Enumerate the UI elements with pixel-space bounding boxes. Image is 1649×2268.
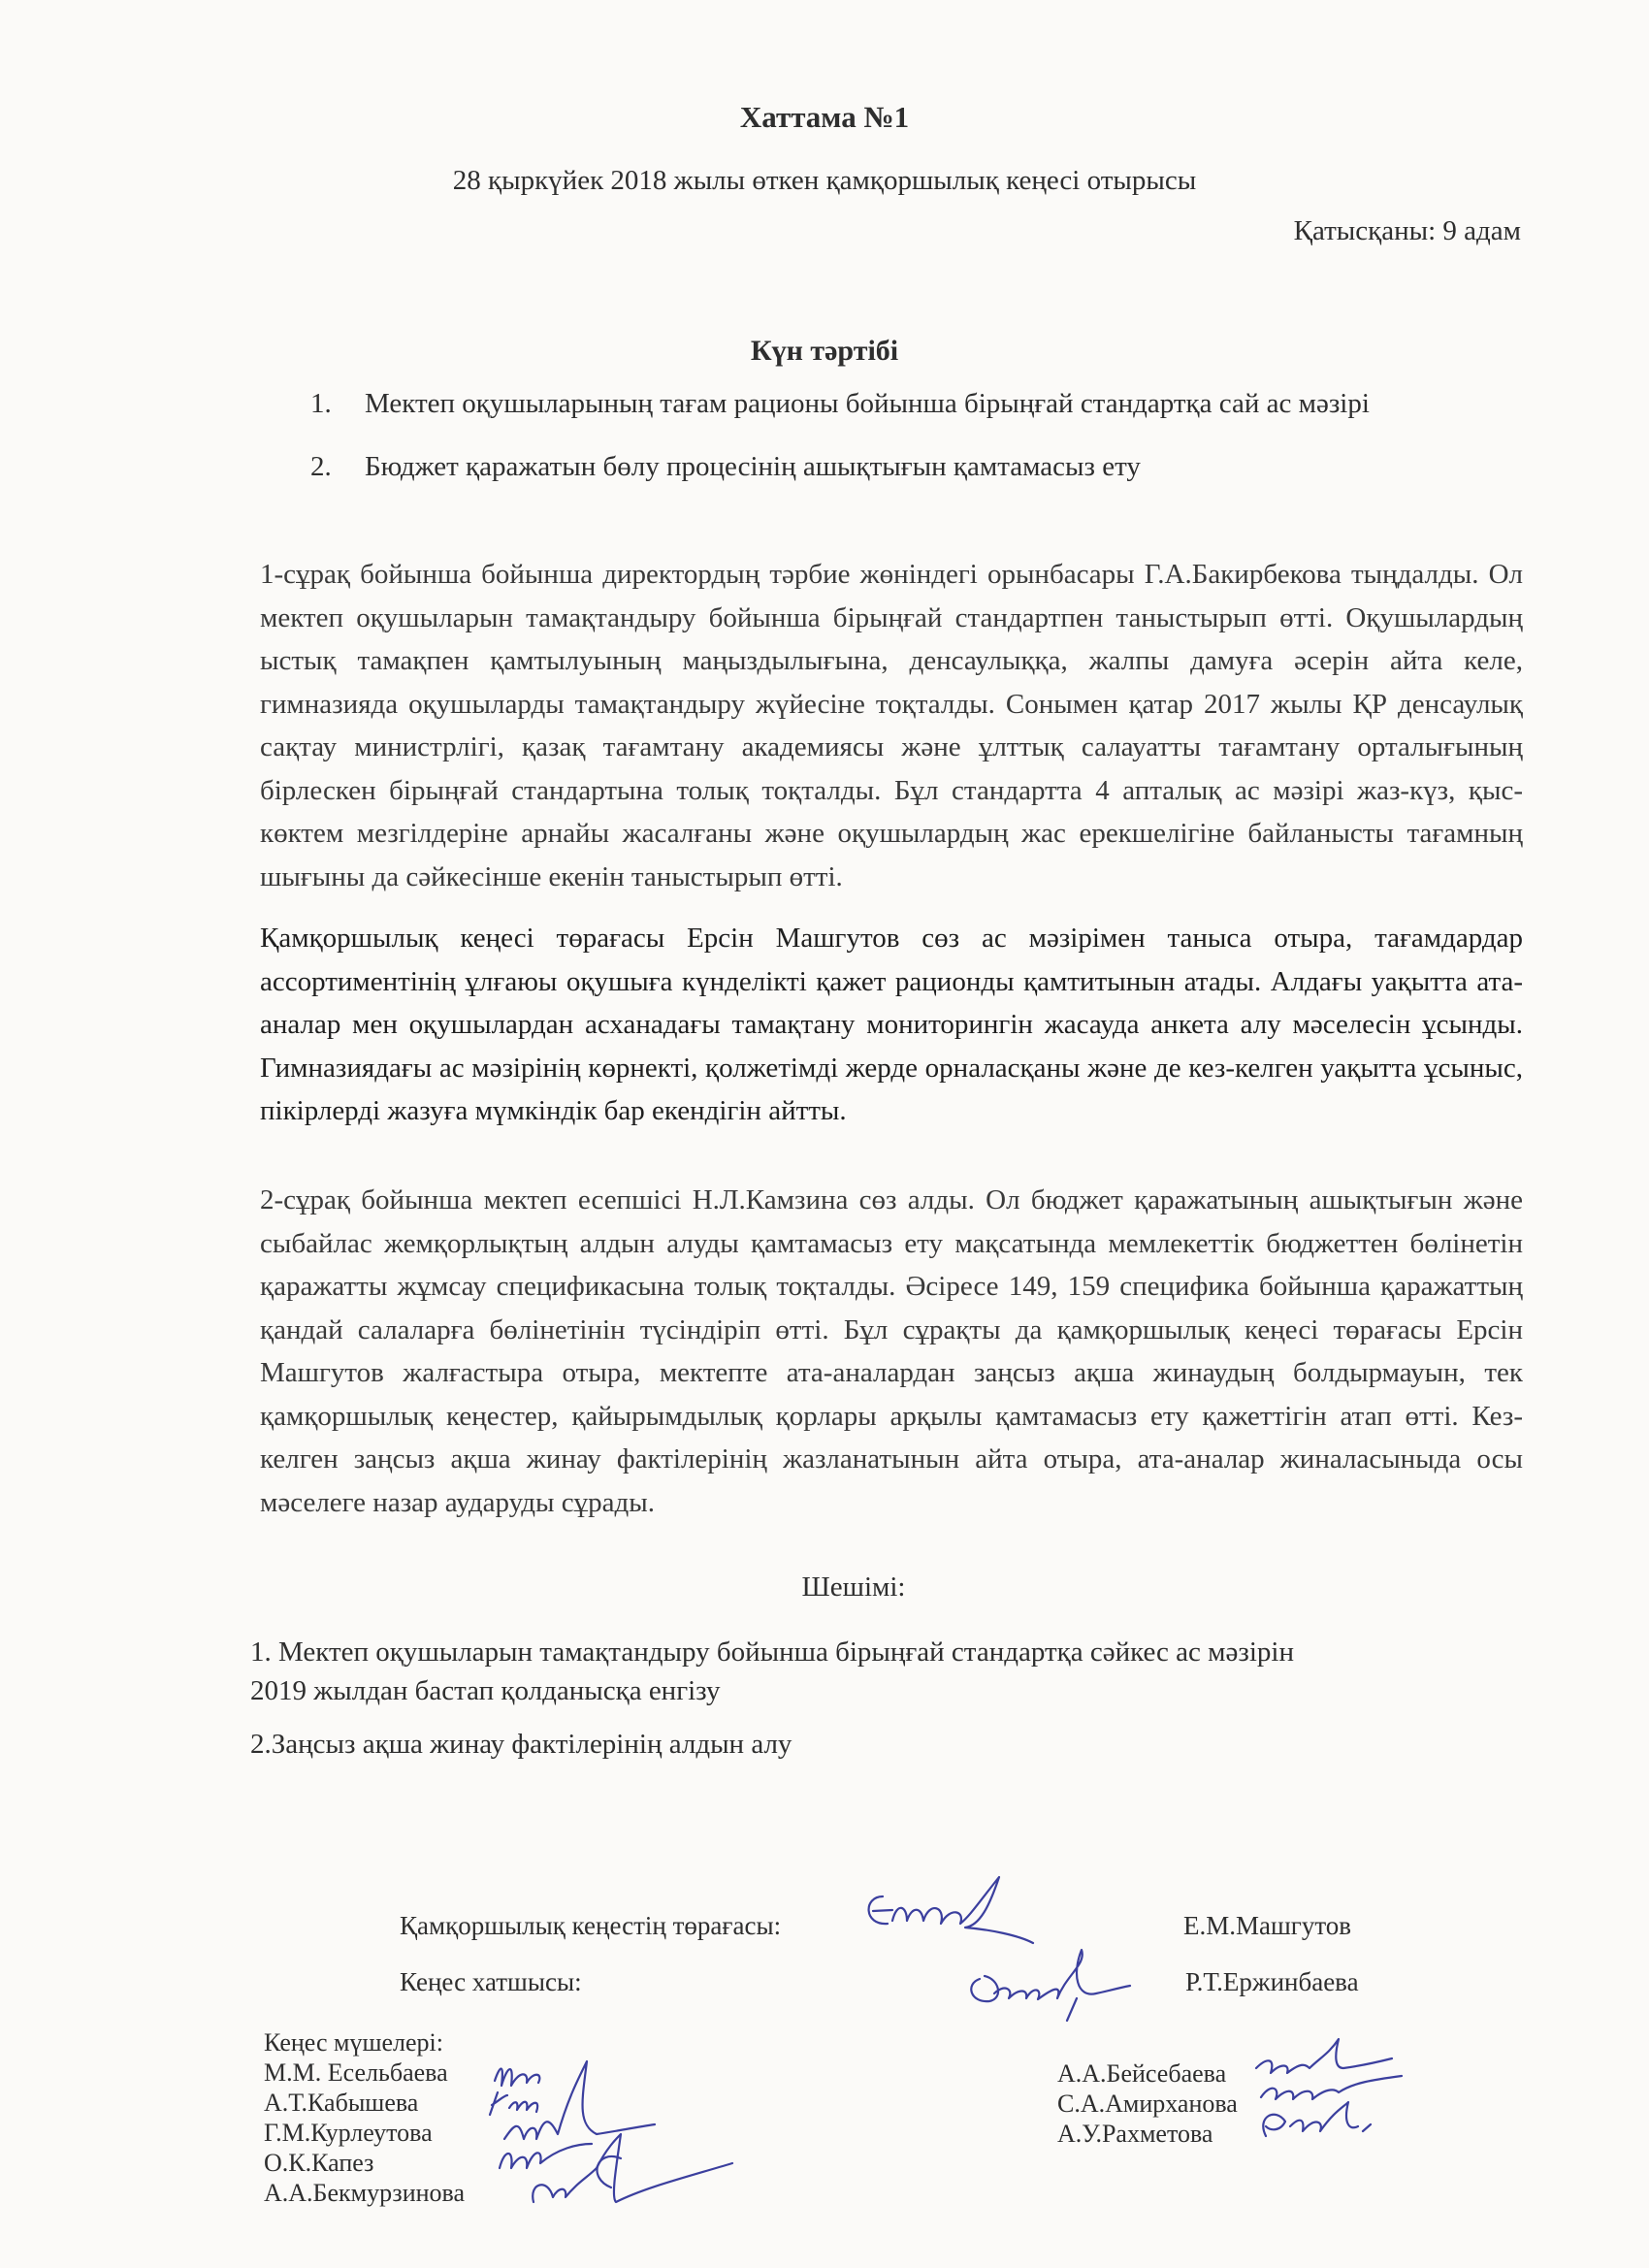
right-member-signatures-icon [1246, 2029, 1411, 2155]
secretary-name: Р.Т.Ержинбаева [1185, 1967, 1359, 1997]
member-signatures-icon [451, 2042, 810, 2236]
member-name: А.У.Рахметова [1057, 2119, 1212, 2149]
body-paragraph-chair-comment: Қамқоршылық кеңесі төрағасы Ерсін Машгут… [260, 917, 1523, 1133]
attendance-count: Қатысқаны: 9 адам [1294, 215, 1521, 247]
agenda-item-text: Бюджет қаражатын бөлу процесінің ашықтығ… [365, 451, 1141, 482]
body-paragraph-question-2: 2-сұрақ бойынша мектеп есепшісі Н.Л.Камз… [260, 1179, 1523, 1524]
member-name: С.А.Амирханова [1057, 2089, 1238, 2119]
member-name: О.К.Капез [264, 2148, 373, 2178]
decision-title: Шешімі: [0, 1571, 1649, 1604]
decision-item: 1. Мектеп оқушыларын тамақтандыру бойынш… [250, 1633, 1294, 1710]
agenda-item-number: 1. [310, 388, 365, 420]
chair-label: Қамқоршылық кеңестің төрағасы: [400, 1911, 781, 1941]
agenda-item: 1.Мектеп оқушыларының тағам рационы бойы… [310, 388, 1370, 420]
members-label: Кеңес мүшелері: [264, 2027, 443, 2057]
agenda-item-number: 2. [310, 451, 365, 483]
body-paragraph-question-1: 1-сұрақ бойынша бойынша директордың тәрб… [260, 553, 1523, 898]
agenda-title: Күн тәртібі [0, 335, 1649, 368]
agenda-item: 2.Бюджет қаражатын бөлу процесінің ашықт… [310, 451, 1141, 483]
agenda-item-text: Мектеп оқушыларының тағам рационы бойынш… [365, 388, 1370, 419]
member-name: А.А.Бекмурзинова [264, 2178, 465, 2208]
secretary-label: Кеңес хатшысы: [400, 1967, 582, 1997]
decision-item-line: 2019 жылдан бастап қолданысқа енгізу [250, 1671, 1294, 1710]
decision-item-line: 2.Заңсыз ақша жинау фактілерінің алдын а… [250, 1725, 792, 1764]
decision-item: 2.Заңсыз ақша жинау фактілерінің алдын а… [250, 1725, 792, 1764]
scanned-document-page: Хаттама №1 28 қыркүйек 2018 жылы өткен қ… [0, 0, 1649, 2268]
meeting-subtitle: 28 қыркүйек 2018 жылы өткен қамқоршылық … [0, 165, 1649, 197]
member-name: А.А.Бейсебаева [1057, 2058, 1226, 2089]
chair-name: Е.М.Машгутов [1183, 1911, 1351, 1941]
secretary-signature-icon [960, 1945, 1164, 2023]
member-name: М.М. Есельбаева [264, 2057, 448, 2088]
decision-item-line: 1. Мектеп оқушыларын тамақтандыру бойынш… [250, 1633, 1294, 1671]
document-title: Хаттама №1 [0, 100, 1649, 135]
member-name: Г.М.Курлеутова [264, 2118, 433, 2148]
member-name: А.Т.Кабышева [264, 2088, 418, 2118]
